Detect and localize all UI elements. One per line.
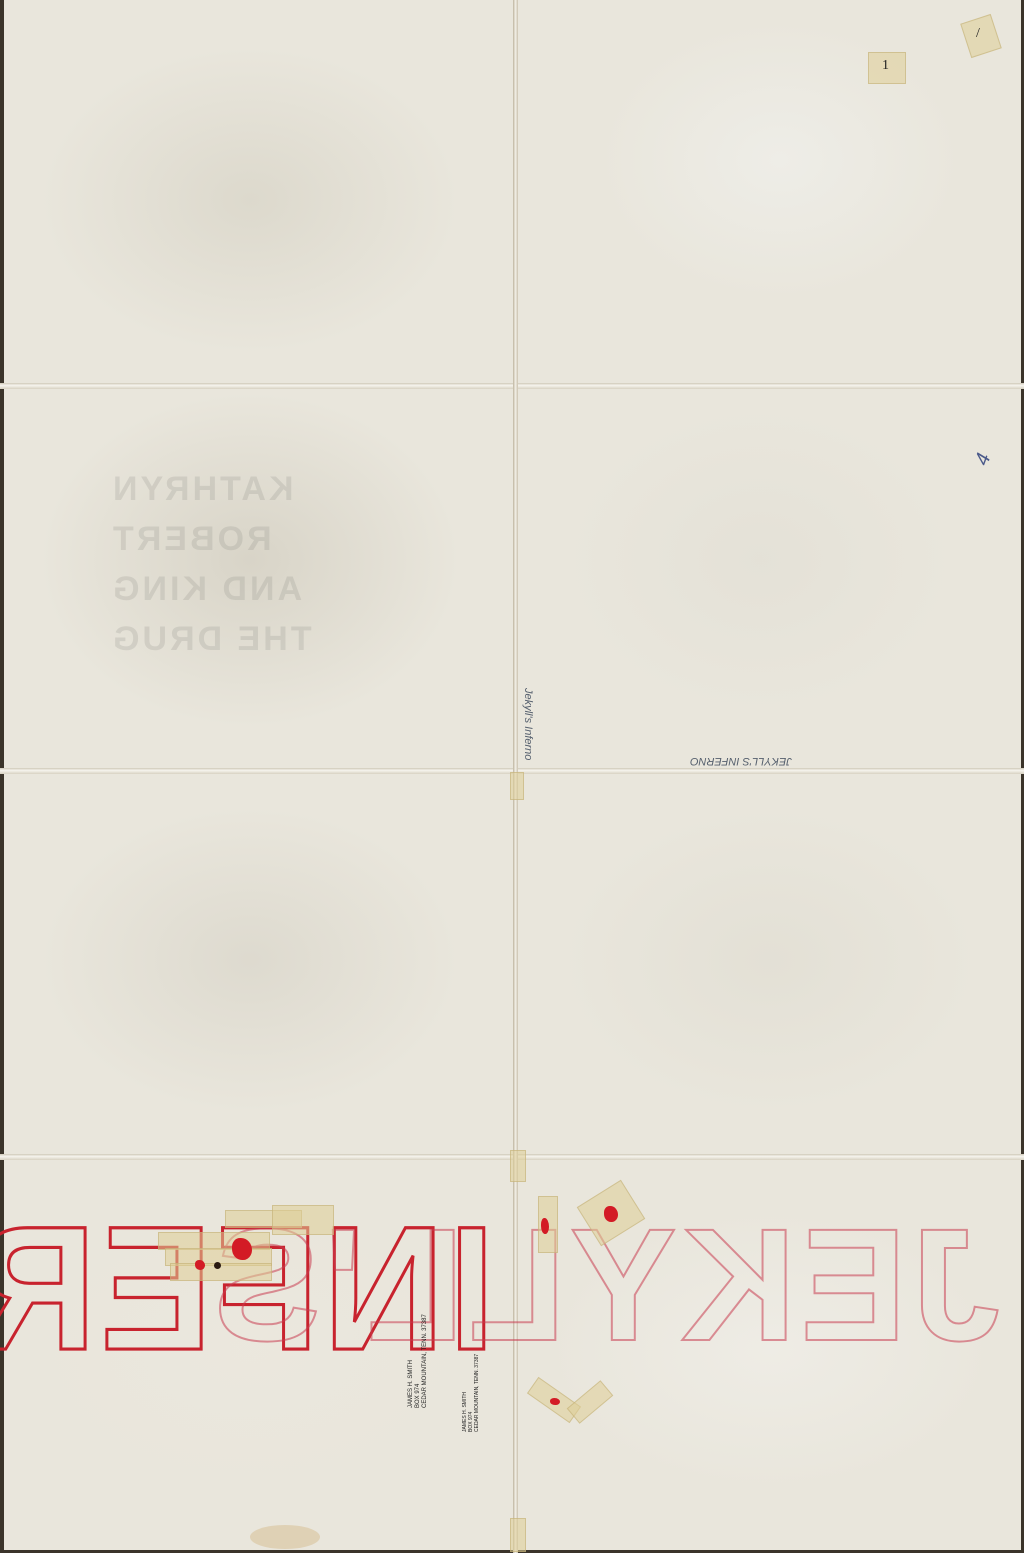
tape-corner-2 [960, 14, 1002, 58]
imprint-stamp-1: JAMES H. SMITH BOX 974 CEDAR MOUNTAIN, T… [408, 1314, 429, 1408]
red-ink-blot-3 [541, 1218, 549, 1234]
red-ink-blot-4 [604, 1206, 618, 1222]
corner-mark-number: 1 [882, 58, 889, 74]
poster-back: KATHRYN ROBERT AND KING THE DRUG 1 / 4 J… [0, 0, 1024, 1553]
ghost-text-3: AND KING [110, 570, 302, 609]
spine-handwritten-title: Jekyll's Inferno [522, 688, 534, 760]
ghost-text-1: KATHRYN [110, 470, 293, 509]
red-ink-blot-5 [550, 1398, 560, 1405]
tape-fold-1 [510, 772, 524, 800]
corner-slash-mark: / [976, 26, 980, 42]
imprint-stamp-2: JAMES H. SMITH BOX 974 CEDAR MOUNTAIN, T… [462, 1354, 480, 1432]
red-ink-blot-2 [195, 1260, 205, 1270]
water-stain [250, 1525, 320, 1549]
tape-jekyll-4 [567, 1380, 614, 1424]
tape-fold-3 [510, 1518, 526, 1552]
side-pencil-mark: 4 [971, 450, 996, 468]
tape-patch-5 [272, 1205, 334, 1235]
panel-handwritten-title: JEKYLL'S INFERNO [690, 755, 792, 767]
red-ink-blot-1 [232, 1238, 252, 1260]
tape-fold-2 [510, 1150, 526, 1182]
fold-crease-horizontal-1 [0, 383, 1024, 389]
ghost-text-4: THE DRUG [110, 620, 312, 659]
ghost-text-2: ROBERT [110, 520, 272, 559]
tape-patch-3 [170, 1263, 272, 1281]
dark-spot [214, 1262, 221, 1269]
